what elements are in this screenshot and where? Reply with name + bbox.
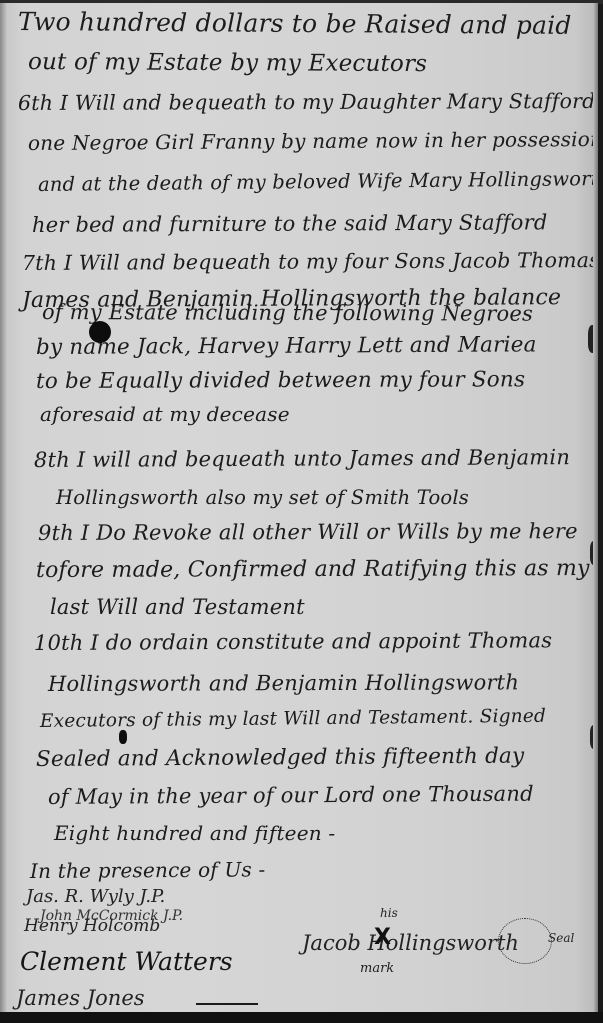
will-line-14: Hollingsworth also my set of Smith Tools (56, 486, 469, 509)
will-line-21: Sealed and Acknowledged this fifteenth d… (36, 744, 525, 772)
will-line-17: last Will and Testament (50, 595, 305, 619)
will-line-20: Executors of this my last Will and Testa… (40, 706, 546, 732)
will-line-1: Two hundred dollars to be Raised and pai… (18, 7, 572, 40)
ink-blot-small (119, 730, 127, 744)
will-line-13: 8th I will and bequeath unto James and B… (34, 445, 570, 472)
witness-3-signature: Henry Holcomb (24, 916, 160, 936)
will-line-22: of May in the year of our Lord one Thous… (48, 782, 534, 809)
testator-mark-x: X (374, 925, 391, 950)
witness-1-signature: Jas. R. Wyly J.P. (26, 886, 165, 907)
will-line-10: by name Jack, Harvey Harry Lett and Mari… (36, 332, 537, 360)
will-line-19: Hollingsworth and Benjamin Hollingsworth (48, 670, 519, 696)
will-line-23: Eight hundred and fifteen - (54, 821, 335, 845)
testator-signature: Jacob Hollingsworth (302, 931, 519, 955)
will-line-4: one Negroe Girl Franny by name now in he… (28, 127, 598, 155)
margin-tear-3 (590, 725, 598, 749)
will-line-18: 10th I do ordain constitute and appoint … (34, 628, 552, 655)
will-line-15: 9th I Do Revoke all other Will or Wills … (38, 519, 578, 545)
will-line-7: 7th I Will and bequeath to my four Sons … (22, 248, 598, 275)
witness-4-signature: Clement Watters (20, 947, 233, 976)
testator-mark-label: mark (360, 961, 394, 976)
margin-tear-2 (590, 541, 598, 565)
margin-tear (588, 325, 598, 353)
will-line-11: to be Equally divided between my four So… (36, 367, 525, 394)
will-line-12: aforesaid at my decease (40, 402, 290, 426)
scan-bottom-edge (0, 1012, 603, 1023)
will-line-2: out of my Estate by my Executors (28, 49, 427, 77)
wax-seal-outline (498, 918, 552, 964)
ink-blot (89, 321, 111, 343)
signature-flourish-line (196, 1003, 258, 1005)
will-line-9: of my Estate including the following Neg… (42, 300, 533, 326)
will-line-5: and at the death of my beloved Wife Mary… (38, 167, 598, 196)
witness-5-signature: James Jones (16, 986, 145, 1010)
will-line-16: tofore made, Confirmed and Ratifying thi… (36, 556, 590, 583)
testator-his-label: his (380, 906, 398, 920)
seal-label: Seal (548, 931, 574, 945)
will-line-3: 6th I Will and bequeath to my Daughter M… (18, 89, 596, 115)
manuscript-page: Two hundred dollars to be Raised and pai… (0, 3, 598, 1015)
will-line-6: her bed and furniture to the said Mary S… (32, 210, 548, 237)
attestation-line: In the presence of Us - (30, 857, 266, 883)
